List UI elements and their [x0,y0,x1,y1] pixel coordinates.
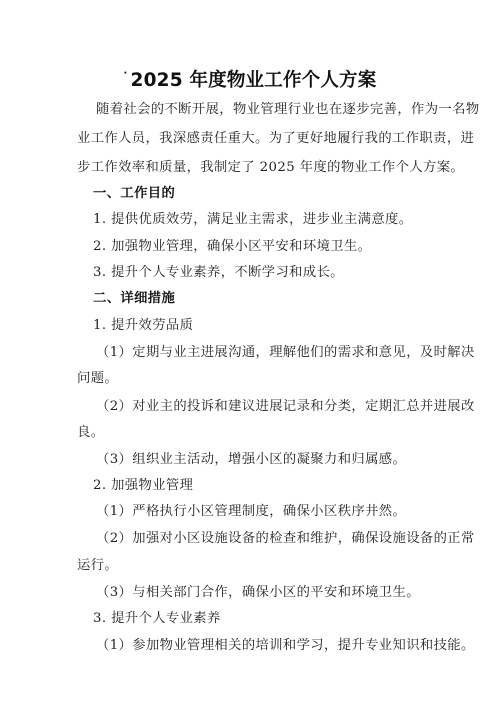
management-item-2-line-1: （2）加强对小区设施设备的检查和维护，确保设施设备的正常 [96,530,475,548]
goal-item-1: 1. 提供优质效劳，满足业主需求，进步业主满意度。 [93,211,412,229]
intro-line-1: 随着社会的不断开展，物业管理行业也在逐步完善，作为一名物 [96,101,480,119]
goal-item-2: 2. 加强物业管理，确保小区平安和环境卫生。 [93,238,371,256]
management-item-2-line-2: 运行。 [77,557,118,575]
subsection-heading-management: 2. 加强物业管理 [93,477,193,495]
title-text: 2025 年度物业工作个人方案 [131,70,377,91]
subsection-heading-skills: 3. 提升个人专业素养 [93,610,221,628]
service-item-1-line-1: （1）定期与业主进展沟通，理解他们的需求和意见，及时解决 [96,344,475,362]
management-item-3: （3）与相关部门合作，确保小区的平安和环境卫生。 [96,584,420,602]
subsection-heading-service: 1. 提升效劳品质 [93,317,193,335]
service-item-2-line-1: （2）对业主的投诉和建议进展记录和分类，定期汇总并进展改 [96,398,475,416]
goal-item-3: 3. 提升个人专业素养，不断学习和成长。 [93,264,344,282]
section-heading-goals: 一、工作目的 [93,185,175,203]
service-item-1-line-2: 问题。 [77,370,118,388]
document-title: ·2025 年度物业工作个人方案 [0,66,500,92]
skills-item-1: （1）参加物业管理相关的培训和学习，提升专业知识和技能。 [96,637,475,655]
management-item-1: （1）严格执行小区管理制度，确保小区秩序井然。 [96,503,406,521]
title-marker: · [124,68,128,79]
service-item-2-line-2: 良。 [77,424,104,442]
intro-line-3: 步工作效率和质量，我制定了 2025 年度的物业工作个人方案。 [77,159,464,177]
document-page: ·2025 年度物业工作个人方案 随着社会的不断开展，物业管理行业也在逐步完善，… [0,0,500,707]
section-heading-measures: 二、详细措施 [93,290,175,308]
intro-line-2: 业工作人员，我深感责任重大。为了更好地履行我的工作职责，进 [77,130,474,148]
service-item-3: （3）组织业主活动，增强小区的凝聚力和归属感。 [96,451,406,469]
